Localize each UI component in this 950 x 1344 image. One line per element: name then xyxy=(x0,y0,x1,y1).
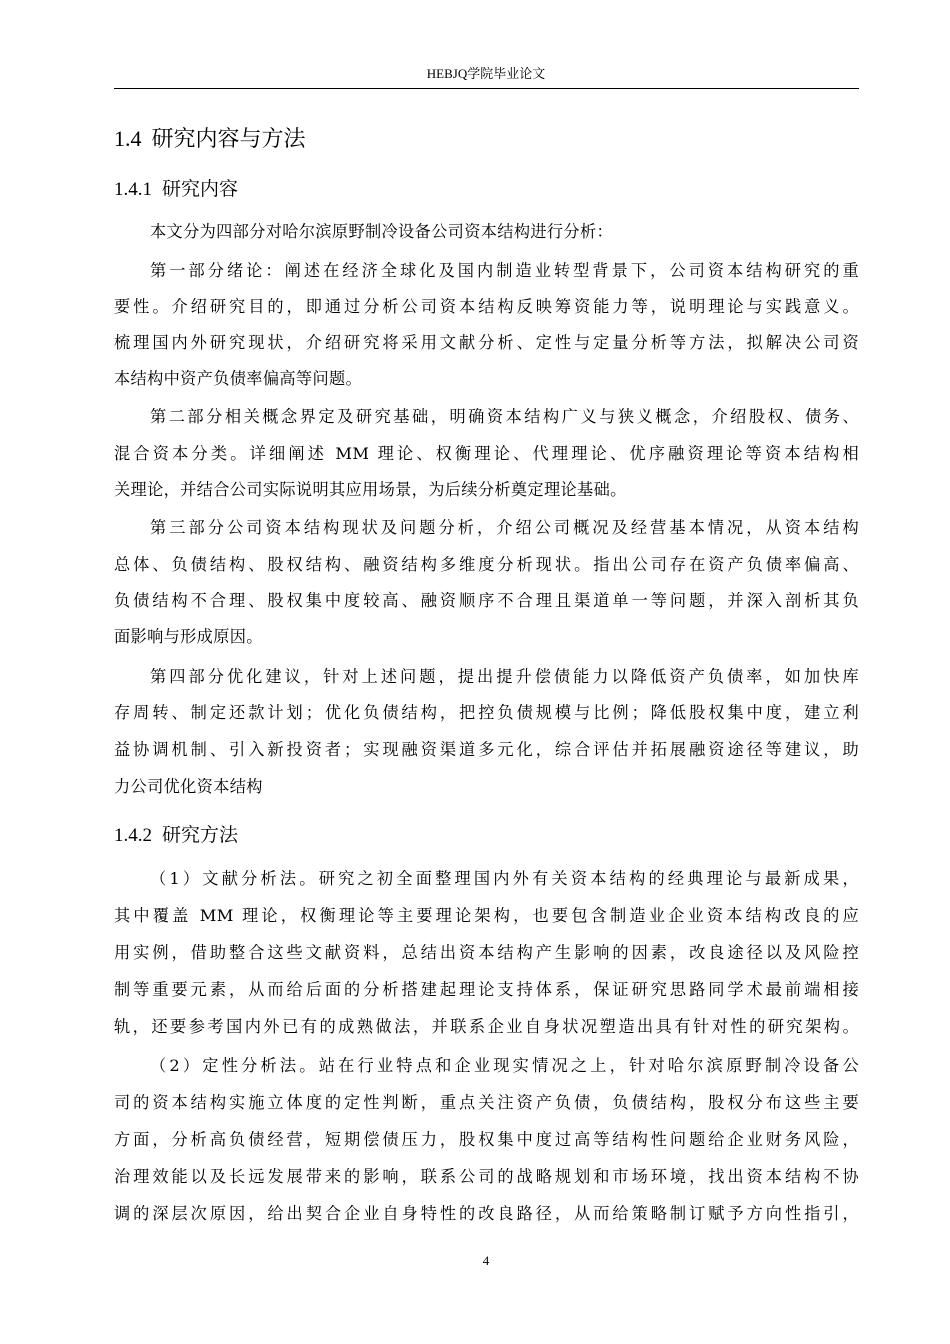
running-header: HEBJQ学院毕业论文 xyxy=(114,66,858,82)
paragraph-line: 关理论，并结合公司实际说明其应用场景，为后续分析奠定理论基础。 xyxy=(114,479,859,501)
paragraph-line: 其中覆盖 MM 理论，权衡理论等主要理论架构，也要包含制造业企业资本结构改良的应 xyxy=(114,905,859,927)
paragraph-line: 面影响与形成原因。 xyxy=(114,626,859,648)
subsection-heading: 1.4.2研究方法 xyxy=(114,822,238,849)
paragraph-line: 负债结构不合理、股权集中度较高、融资顺序不合理且渠道单一等问题，并深入剖析其负 xyxy=(114,590,859,612)
paragraph-line: 总体、负债结构、股权结构、融资结构多维度分析现状。指出公司存在资产负债率偏高、 xyxy=(114,554,859,576)
paragraph-line: 存周转、制定还款计划；优化负债结构，把控负债规模与比例；降低股权集中度，建立利 xyxy=(114,702,859,724)
paragraph-line: 本结构中资产负债率偏高等问题。 xyxy=(114,368,859,390)
header-divider xyxy=(114,88,859,89)
section-title: 研究内容与方法 xyxy=(152,127,306,152)
subsection-title: 研究内容 xyxy=(162,178,238,200)
paragraph-line: 制等重要元素，从而给后面的分析搭建起理论支持体系，保证研究思路同学术最前端相接 xyxy=(114,979,859,1001)
paragraph-line: 要性。介绍研究目的，即通过分析公司资本结构反映筹资能力等，说明理论与实践意义。 xyxy=(114,296,859,318)
paragraph-line: 益协调机制、引入新投资者；实现融资渠道多元化，综合评估并拓展融资途径等建议，助 xyxy=(114,739,859,761)
section-number: 1.4 xyxy=(114,126,142,151)
paragraph-line: 第一部分绪论：阐述在经济全球化及国内制造业转型背景下，公司资本结构研究的重 xyxy=(150,260,859,282)
paragraph-line: 用实例，借助整合这些文献资料，总结出资本结构产生影响的因素，改良途径以及风险控 xyxy=(114,942,859,964)
subsection-number: 1.4.2 xyxy=(114,825,152,846)
paragraph-line: 治理效能以及长远发展带来的影响，联系公司的战略规划和市场环境，找出资本结构不协 xyxy=(114,1166,859,1188)
paragraph-line: 本文分为四部分对哈尔滨原野制冷设备公司资本结构进行分析： xyxy=(150,221,859,243)
paragraph-line: 方面，分析高负债经营，短期偿债压力，股权集中度过高等结构性问题给企业财务风险， xyxy=(114,1129,859,1151)
paragraph-line: 司的资本结构实施立体度的定性判断，重点关注资产负债，负债结构，股权分布这些主要 xyxy=(114,1092,859,1114)
paragraph-line: 调的深层次原因，给出契合企业自身特性的改良路径，从而给策略制订赋予方向性指引， xyxy=(114,1203,859,1225)
paragraph-line: 第二部分相关概念界定及研究基础，明确资本结构广义与狭义概念，介绍股权、债务、 xyxy=(150,406,859,428)
paragraph-line: 力公司优化资本结构 xyxy=(114,776,859,798)
paragraph-line: 混合资本分类。详细阐述 MM 理论、权衡理论、代理理论、优序融资理论等资本结构相 xyxy=(114,443,859,465)
page-number: 4 xyxy=(114,1253,858,1269)
paragraph-line: 梳理国内外研究现状，介绍研究将采用文献分析、定性与定量分析等方法，拟解决公司资 xyxy=(114,332,859,354)
subsection-title: 研究方法 xyxy=(162,824,238,846)
paragraph-line: （2）定性分析法。站在行业特点和企业现实情况之上，针对哈尔滨原野制冷设备公 xyxy=(150,1055,859,1077)
paragraph-line: （1）文献分析法。研究之初全面整理国内外有关资本结构的经典理论与最新成果， xyxy=(150,868,859,890)
paragraph-line: 轨，还要参考国内外已有的成熟做法，并联系企业自身状况塑造出具有针对性的研究架构。 xyxy=(114,1016,859,1038)
subsection-heading: 1.4.1研究内容 xyxy=(114,176,238,203)
paragraph-line: 第三部分公司资本结构现状及问题分析，介绍公司概况及经营基本情况，从资本结构 xyxy=(150,517,859,539)
section-heading: 1.4研究内容与方法 xyxy=(114,125,306,154)
subsection-number: 1.4.1 xyxy=(114,179,152,200)
paragraph-line: 第四部分优化建议，针对上述问题，提出提升偿债能力以降低资产负债率，如加快库 xyxy=(150,666,859,688)
